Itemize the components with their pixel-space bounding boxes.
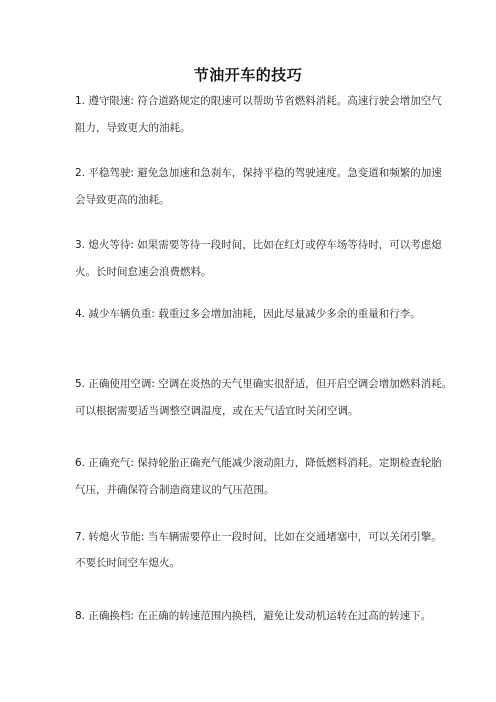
paragraph-line: 2. 平稳驾驶: 避免急加速和急刹车，保持平稳的驾驶速度。急变道和频繁的加速 <box>75 166 442 180</box>
paragraph-line: 火。长时间怠速会浪费燃料。 <box>75 265 212 279</box>
paragraph-line: 会导致更高的油耗。 <box>75 193 170 207</box>
document-title: 节油开车的技巧 <box>0 64 496 85</box>
paragraph-line: 阻力，导致更大的油耗。 <box>75 121 191 135</box>
paragraph-line: 8. 正确换档: 在正确的转速范围内换档，避免让发动机运转在过高的转速下。 <box>75 609 431 623</box>
paragraph-line: 3. 熄火等待: 如果需要等待一段时间，比如在红灯或停车场等待时，可以考虑熄 <box>75 238 442 252</box>
paragraph-line: 5. 正确使用空调: 空调在炎热的天气里确实很舒适，但开启空调会增加燃料消耗。 <box>75 377 452 391</box>
paragraph-line: 6. 正确充气: 保持轮胎正确充气能减少滚动阻力，降低燃料消耗。定期检查轮胎 <box>75 456 442 470</box>
paragraph-line: 气压，并确保符合制造商建议的气压范围。 <box>75 483 275 497</box>
paragraph-line: 4. 减少车辆负重: 载重过多会增加油耗，因此尽量减少多余的重量和行李。 <box>75 307 421 321</box>
paragraph-line: 7. 转熄火节能: 当车辆需要停止一段时间，比如在交通堵塞中，可以关闭引擎。 <box>75 530 442 544</box>
paragraph-line: 不要长时间空车熄火。 <box>75 556 180 570</box>
paragraph-line: 1. 遵守限速: 符合道路规定的限速可以帮助节省燃料消耗。高速行驶会增加空气 <box>75 94 442 108</box>
paragraph-line: 可以根据需要适当调整空调温度，或在天气适宜时关闭空调。 <box>75 404 359 418</box>
